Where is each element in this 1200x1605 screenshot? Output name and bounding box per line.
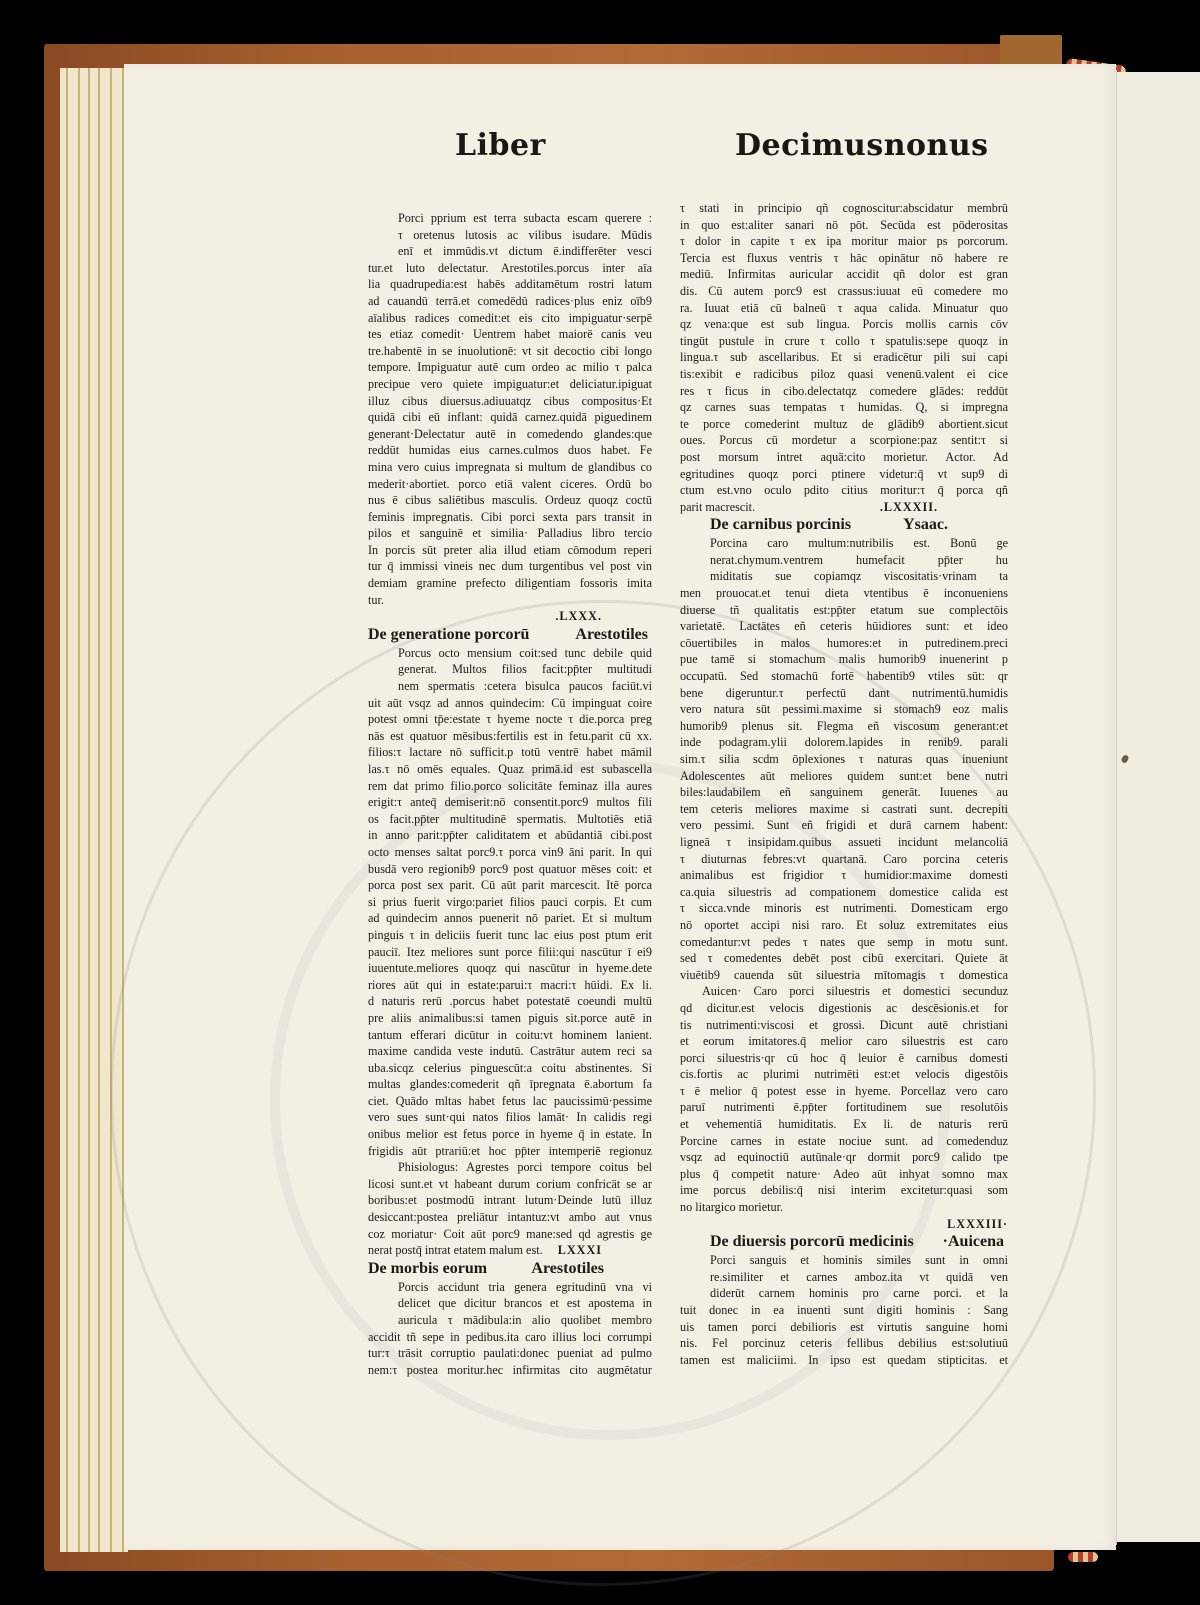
text-line: egritudines quoqz porci ptinere videtur:… (680, 466, 1008, 483)
text-line: nem spermatis :cetera bisulca paucos fac… (368, 678, 652, 695)
text-line: vero natura sūt pessimi.maxime si stomac… (680, 701, 1008, 718)
text-line: ad cauandū terrā.et comedēdū radices·plu… (368, 293, 652, 310)
text-line: Porcina caro multum:nutribilis est. Bonū… (680, 535, 1008, 552)
text-line: accidit tñ sepe in pedibus.ita caro illi… (368, 1329, 652, 1346)
text-line: os facit.pp̄ter multitudinē spermatis. M… (368, 811, 652, 828)
text-line: biles:laudabilem eñ sanguinem generāt. I… (680, 784, 1008, 801)
text-line: tempore. Impiguatur autē cum ordeo ac mi… (368, 359, 652, 376)
text-line: τ diuturnas febres:vt quartanā. Caro por… (680, 851, 1008, 868)
text-line: illuz cibus diuersus.adiuuatqz cibus com… (368, 393, 652, 410)
text-line: tur. (368, 592, 652, 609)
running-head-left: Liber (455, 128, 546, 163)
text-line: multas glandes:comederit qñ īpregnata ē.… (368, 1076, 652, 1093)
text-line: pue tamē si stomachum malis humorib9 inu… (680, 651, 1008, 668)
text-line: Porcis accidunt tria genera egritudinū v… (368, 1279, 652, 1296)
text-line: τ ē melior q̄ potest esse in hyeme. Porc… (680, 1083, 1008, 1100)
text-line: occupatū. Sed stomachū fortē habentib9 v… (680, 668, 1008, 685)
text-line: nus ē cibus saliētibus masculis. Ordeuz … (368, 492, 652, 509)
chapter-title: De diuersis porcorū medicinis (710, 1233, 914, 1250)
text-line: ctum est.vno oculo pdito citius moritur:… (680, 482, 1008, 499)
text-line: in quo est:aliter sanari nō pōt. Secūda … (680, 217, 1008, 234)
running-head-right: Decimusnonus (735, 128, 989, 163)
text-line: coz moriatur· Coit aūt porc9 mane:sed qd… (368, 1226, 652, 1243)
text-line: uba.sicqz celerius pinguescūt:a coitu ab… (368, 1060, 652, 1077)
text-line: porca post sex parit. Cū aūt parit marce… (368, 877, 652, 894)
text-line: boribus:et postmodū intrant lutum·Deinde… (368, 1192, 652, 1209)
paragraph-morbis-cont: τ stati in principio qñ cognoscitur:absc… (680, 200, 1008, 515)
text-line: tingūt pustule in crure τ collo τ spatul… (680, 333, 1008, 350)
text-line: viuētib9 cauenda sūt siluestria mītomagi… (680, 967, 1008, 984)
text-line: erigit:τ anteq̄ demiserit:nō consentit.p… (368, 794, 652, 811)
text-line: tur q̄ immissi vineis nec dum turgentibu… (368, 558, 652, 575)
text-line: Porci sanguis et hominis similes sunt in… (680, 1252, 1008, 1269)
text-line: ra. Iuuat etiā cū balneū τ aqua calida. … (680, 300, 1008, 317)
text-line: et eorum imitatores.q̄ melior caro silue… (680, 1033, 1008, 1050)
text-line: pre aliis animalibus:si tamen piguis sit… (368, 1010, 652, 1027)
chapter-source: ·Auicena (943, 1232, 1008, 1252)
text-line: uit aūt vsqz ad annos quindecim: Cū impi… (368, 695, 652, 712)
text-line: men prouocat.et tenui dieta vtentibus ē … (680, 585, 1008, 602)
text-line: oues. Porcus cū mordetur a scorpione:paz… (680, 432, 1008, 449)
chapter-number: .LXXX. (368, 608, 652, 625)
paragraph-morbis: Porcis accidunt tria genera egritudinū v… (368, 1279, 652, 1379)
text-line: sed τ comedentes debēt post cibū exercit… (680, 950, 1008, 967)
text-line: ime porcus debilis:q̄ nisi interim excit… (680, 1182, 1008, 1199)
text-column-left: Porci pprium est terra subacta escam que… (368, 210, 652, 1378)
text-line: precipue vero quiete impiguatur:et delic… (368, 376, 652, 393)
text-line: porci siluestris·qr cū hoc q̄ leuior ē c… (680, 1050, 1008, 1067)
text-line: onibus melior est fetus porce in hyeme q… (368, 1126, 652, 1143)
text-line: qd dicitur.est velocis digestionis ac de… (680, 1000, 1008, 1017)
text-line: frigidis aūt ptrariū:et hoc pp̄ter intem… (368, 1143, 652, 1160)
text-line: aīalibus radices comedit:et eis cito imp… (368, 310, 652, 327)
text-line: feminis impregnatis. Cibi porci sexta pa… (368, 509, 652, 526)
text-line: diuerse tñ qualitatis est:pp̄ter etatum … (680, 602, 1008, 619)
chapter-source: Arestotiles (531, 1259, 652, 1279)
text-line: pauciī. Itez meliores sunt porce filii:q… (368, 944, 652, 961)
page-edge-stack (60, 68, 128, 1552)
text-line: diderūt carnem hominis pro carne porci. … (680, 1285, 1008, 1302)
text-line: Adolescentes aūt meliores quidem sunt:et… (680, 768, 1008, 785)
text-line: si prius fuerit virgo:pariet filios pauc… (368, 894, 652, 911)
chapter-heading: De diuersis porcorū medicinis ·Auicena (680, 1232, 1008, 1252)
text-line: delicet que dicitur brancos et est apost… (368, 1295, 652, 1312)
text-line: tis nutrimenti:viscosi et grossi. Dicunt… (680, 1017, 1008, 1034)
text-line: generant·Delectatur autē in comedendo gl… (368, 426, 652, 443)
text-line: ad quindecim annos puenerit nō pariet. E… (368, 910, 652, 927)
headband-bottom (1068, 1552, 1098, 1562)
text-column-right: τ stati in principio qñ cognoscitur:absc… (680, 200, 1008, 1368)
text-line: ca.quia siluestris ad compationem domest… (680, 884, 1008, 901)
text-line: vero sues sunt·qui natos filios lamāt· I… (368, 1109, 652, 1126)
paragraph-generatione: Porcus octo mensium coit:sed tunc debile… (368, 645, 652, 1259)
text-line: nem:τ postea moritur.hec infirmitas cito… (368, 1362, 652, 1379)
chapter-heading: De morbis eorum Arestotiles (368, 1259, 652, 1279)
text-line: tre.habentē in se inuolutionē: vt sit de… (368, 343, 652, 360)
text-line: humorib9 plenus sit. Flegma eñ viscosum … (680, 718, 1008, 735)
chapter-title: De generatione porcorū (368, 626, 529, 643)
text-line: tuit donec in ea inuenti sunt digiti hom… (680, 1302, 1008, 1319)
text-line: qz vena:que est sub lingua. Porcis molli… (680, 316, 1008, 333)
text-line: tur.et luto delectatur. Arestotiles.porc… (368, 260, 652, 277)
chapter-heading: De generatione porcorū Arestotiles (368, 625, 652, 645)
text-line: bene digeruntur.τ perfectū dant nutrimen… (680, 685, 1008, 702)
text-line: nis. Fel porcinuz ceteris fellibus debil… (680, 1335, 1008, 1352)
text-line: mederit·abortiet. porco etiā valent cice… (368, 476, 652, 493)
text-line: riores aūt qui in estate:parui:τ macri:τ… (368, 977, 652, 994)
text-line: nerat.chymum.ventrem humefacit pp̄ter hu (680, 552, 1008, 569)
text-line: octo menses saltat porc9.τ porca vin9 ān… (368, 844, 652, 861)
text-line: ciet. Quādo mltas habet fetus lac paucis… (368, 1093, 652, 1110)
text-line: Porci pprium est terra subacta escam que… (368, 210, 652, 227)
text-line: re.similiter et carnes amboz.ita vt quid… (680, 1269, 1008, 1286)
text-line: τ dolor in capite τ ex ipa moritur maior… (680, 233, 1008, 250)
text-line: paruī nutrimenti ē.pp̄ter fortitudinem s… (680, 1099, 1008, 1116)
text-line: las.τ nō omēs equales. Quaz primā.id est… (368, 761, 652, 778)
paragraph-porcus: Porci pprium est terra subacta escam que… (368, 210, 652, 608)
text-line: tis:exibit e radicibus piloz quasi venen… (680, 366, 1008, 383)
text-line: et vehementiā humiditatis. Ex li. de nat… (680, 1116, 1008, 1133)
text-line: enī et immūdis.vt dictum ē.indifferēter … (368, 243, 652, 260)
text-line: ligneā τ insipidam.quibus assueti incidu… (680, 834, 1008, 851)
text-line: demiam gramine prefecto diligentiam foss… (368, 575, 652, 592)
text-line: mediū. Infirmitas auricular accidit qñ d… (680, 266, 1008, 283)
text-line: tamen est maliciimi. In ipso est quedam … (680, 1352, 1008, 1369)
facing-page (1117, 72, 1200, 1542)
text-line: lingua.τ sub ascellaribus. Et si eradicē… (680, 349, 1008, 366)
text-line: In porcis sūt preter alia illud etiam cō… (368, 542, 652, 559)
text-line: τ stati in principio qñ cognoscitur:absc… (680, 200, 1008, 217)
text-line: Phisiologus: Agrestes porci tempore coit… (368, 1159, 652, 1176)
text-line: maxime candida veste indutū. Castrātur a… (368, 1043, 652, 1060)
text-line: τ oretenus lutosis ac vilibus isudare. M… (368, 227, 652, 244)
text-line: nō oportet accipi nisi raro. Et soluz ex… (680, 917, 1008, 934)
text-line: cis.fortis ac plurimi nutrimēti est:et v… (680, 1066, 1008, 1083)
text-line: quidā cibi eū inflant: quidā carnez.quid… (368, 409, 652, 426)
text-line: Porcus octo mensium coit:sed tunc debile… (368, 645, 652, 662)
text-line: cōuertibiles in malos humores:et in putr… (680, 635, 1008, 652)
chapter-source: Ysaac. (903, 515, 1008, 535)
text-line: dis. Cū autem porc9 est crassus:iuuat eū… (680, 283, 1008, 300)
text-line: varietatē. Lactātes eñ ceteris hūidiores… (680, 618, 1008, 635)
text-line: uis tamen porci debilioris est virtutis … (680, 1319, 1008, 1336)
text-line: comedantur:vt pedes τ nates que semp in … (680, 934, 1008, 951)
text-line: sim.τ silia scdm ōplexiones τ naturas qu… (680, 751, 1008, 768)
text-line: tes etiaz comedit· Uentrem habet maiorē … (368, 326, 652, 343)
text-line: Porcine carnes in estate nociue sunt. ad… (680, 1133, 1008, 1150)
chapter-number: LXXXIII· (680, 1216, 1008, 1233)
chapter-source: Arestotiles (575, 625, 652, 645)
text-line: lia quadrupedia:est habēs additamētum ro… (368, 276, 652, 293)
chapter-heading: De carnibus porcinis Ysaac. (680, 515, 1008, 535)
text-line: reddūt humidas eius carnes.culmos duos h… (368, 442, 652, 459)
text-line: tantum efferari dicūtur in coitu:vt homi… (368, 1027, 652, 1044)
paragraph-carnibus: Porcina caro multum:nutribilis est. Bonū… (680, 535, 1008, 1215)
text-line: post morsum intret aquā:cito morietur. A… (680, 449, 1008, 466)
text-line: nās est quatuor mēsibus:fertilis est in … (368, 728, 652, 745)
text-line: desiccant:postea preliātur intantuz:vt a… (368, 1209, 652, 1226)
text-line: qz carnes suas tempatas τ humidas. Q, si… (680, 399, 1008, 416)
text-line: no litargico morietur. (680, 1199, 1008, 1216)
text-line: vsqz ad equinoctiū autūnale·qr dormit po… (680, 1149, 1008, 1166)
text-line: inde podagram.ylii dolorem.lapides in re… (680, 734, 1008, 751)
text-line: rem dat primo filio.porco solicitāte fem… (368, 778, 652, 795)
text-line: τ sicca.vnde minoris est nutrimenti. Dom… (680, 900, 1008, 917)
text-line: iuuentute.meliores quoqz qui nascūtur in… (368, 960, 652, 977)
text-line: animalibus est frigidior τ humidior:maxi… (680, 867, 1008, 884)
text-line: res τ ficus in cibo.delectatqz comedere … (680, 383, 1008, 400)
text-line: tem ceteris meliores maxime si castrati … (680, 801, 1008, 818)
text-line: mina vero cuius impregnata si multum de … (368, 459, 652, 476)
text-line: busdā vero regionib9 porc9 post quatuor … (368, 861, 652, 878)
text-line: pinguis τ in deliciis fuerit tunc lac ei… (368, 927, 652, 944)
text-line: pilos et sanguinē et similia· Palladius … (368, 525, 652, 542)
text-line: Tercia est fluxus ventris τ hāc opinātur… (680, 250, 1008, 267)
chapter-title: De morbis eorum (368, 1260, 487, 1277)
text-line: Auicen· Caro porci siluestris et domesti… (680, 983, 1008, 1000)
spine-cap (1000, 35, 1062, 65)
text-line: te porce comederint multuz de glādib9 ab… (680, 416, 1008, 433)
chapter-title: De carnibus porcinis (710, 516, 851, 533)
text-line: d naturis rerū .porcus habet potestatē c… (368, 993, 652, 1010)
text-line: in anno parit:pp̄ter caliditatem et abūd… (368, 827, 652, 844)
text-line: generat. Multos filios facit:pp̄ter mult… (368, 661, 652, 678)
text-line: auricula τ mādibula:in alio quolibet mem… (368, 1312, 652, 1329)
paragraph-medicinis: Porci sanguis et hominis similes sunt in… (680, 1252, 1008, 1368)
text-line: miditatis sue copiamqz viscositatis·vrin… (680, 568, 1008, 585)
text-line: plus q̄ competit nature· Adeo aūt inhyat… (680, 1166, 1008, 1183)
text-line: tur:τ trāsit corruptio paulati:donec pue… (368, 1345, 652, 1362)
text-line: potest omni tp̄e:estate τ hyeme nocte τ … (368, 711, 652, 728)
text-line: filios:τ lactare nō sufficit.p totū vent… (368, 744, 652, 761)
text-line: vero pessimi. Sunt eñ frigidi et durā ca… (680, 817, 1008, 834)
text-line: licosi sunt.et vt habeant durum corium c… (368, 1176, 652, 1193)
